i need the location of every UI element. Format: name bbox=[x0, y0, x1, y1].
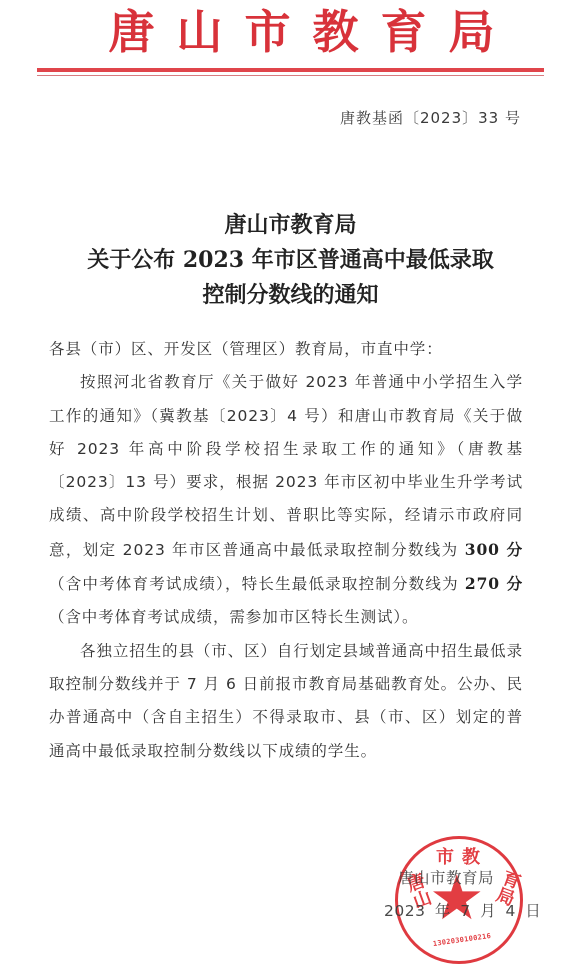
paragraph-1-text-a: 按照河北省教育厅《关于做好 2023 年普通中小学招生入学工作的通知》（冀教基〔… bbox=[49, 373, 523, 558]
document-body: 各县（市）区、开发区（管理区）教育局，市直中学： 按照河北省教育厅《关于做好 2… bbox=[49, 333, 523, 768]
masthead-rule-thin bbox=[37, 75, 544, 76]
paragraph-1-text-c: （含中考体育考试成绩，需参加市区特长生测试）。 bbox=[49, 608, 418, 626]
general-score: 300 分 bbox=[465, 540, 523, 559]
salutation: 各县（市）区、开发区（管理区）教育局，市直中学： bbox=[49, 333, 523, 366]
title-line-3: 控制分数线的通知 bbox=[0, 278, 581, 313]
special-score: 270 分 bbox=[465, 574, 523, 593]
document-masthead: 唐山市教育局 bbox=[0, 2, 581, 62]
signature-date: 2023 年 7 月 4 日 bbox=[384, 899, 541, 921]
document-title: 唐山市教育局 关于公布 2023 年市区普通高中最低录取 控制分数线的通知 bbox=[0, 208, 581, 313]
paragraph-2: 各独立招生的县（市、区）自行划定县域普通高中招生最低录取控制分数线并于 7 月 … bbox=[49, 635, 523, 768]
paragraph-1-text-b: （含中考体育考试成绩），特长生最低录取控制分数线为 bbox=[49, 575, 465, 593]
paragraph-1: 按照河北省教育厅《关于做好 2023 年普通中小学招生入学工作的通知》（冀教基〔… bbox=[49, 366, 523, 634]
signature-org: 唐山市教育局 bbox=[398, 866, 494, 888]
title-line-2: 关于公布 2023 年市区普通高中最低录取 bbox=[0, 243, 581, 278]
title-line-1: 唐山市教育局 bbox=[0, 208, 581, 243]
masthead-rule-thick bbox=[37, 68, 544, 72]
document-number: 唐教基函〔2023〕33 号 bbox=[340, 107, 521, 128]
